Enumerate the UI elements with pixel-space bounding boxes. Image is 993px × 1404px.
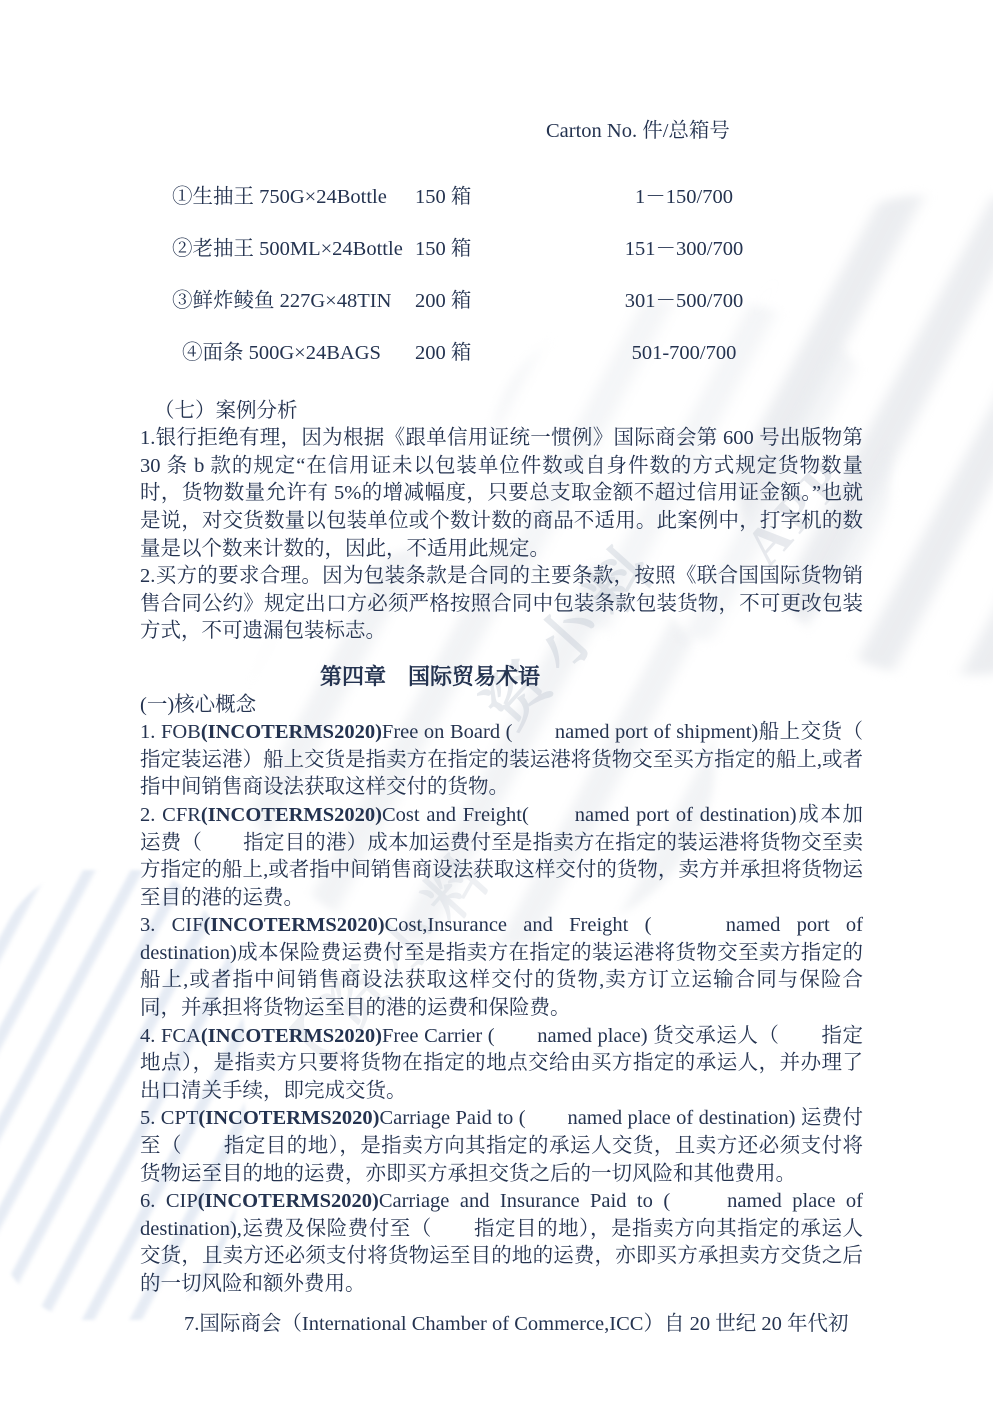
case-analysis-paragraph-1: 1.银行拒绝有理，因为根据《跟单信用证统一惯例》国际商会第 600 号出版物第 …	[140, 425, 863, 563]
item-cell: ②老抽王 500ML×24Bottle	[172, 236, 415, 264]
case-analysis-heading: （七）案例分析	[154, 398, 863, 426]
icc-line: 7.国际商会（International Chamber of Commerce…	[140, 1311, 863, 1339]
core-concepts-heading: (一)核心概念	[140, 692, 863, 720]
document-page: 资小料 【资小料 APP Carton No. 件/总箱号 ①生抽王 750G×…	[0, 0, 993, 1404]
term-cfr: 2. CFR(INCOTERMS2020)Cost and Freight( n…	[140, 802, 863, 912]
term-incoterms-bold: (INCOTERMS2020)	[201, 1025, 382, 1047]
table-row: ③鲜炸鲮鱼 227G×48TIN 200 箱 301－500/700	[172, 276, 863, 328]
quantity-cell: 200 箱	[415, 288, 565, 316]
term-cif: 3. CIF(INCOTERMS2020)Cost,Insurance and …	[140, 912, 863, 1022]
term-lead: 1. FOB	[140, 721, 201, 743]
quantity-cell: 200 箱	[415, 340, 565, 368]
term-lead: 4. FCA	[140, 1025, 201, 1047]
quantity-cell: 150 箱	[415, 184, 565, 212]
carton-range-cell: 301－500/700	[565, 288, 863, 316]
carton-range-cell: 1－150/700	[565, 184, 863, 212]
term-cpt: 5. CPT(INCOTERMS2020)Carriage Paid to ( …	[140, 1105, 863, 1188]
case-analysis-paragraph-2: 2.买方的要求合理。因为包装条款是合同的主要条款，按照《联合国国际货物销售合同公…	[140, 563, 863, 646]
item-cell: ③鲜炸鲮鱼 227G×48TIN	[172, 288, 415, 316]
table-row: ④面条 500G×24BAGS 200 箱 501-700/700	[172, 328, 863, 380]
table-row: ②老抽王 500ML×24Bottle 150 箱 151－300/700	[172, 224, 863, 276]
page-content: Carton No. 件/总箱号 ①生抽王 750G×24Bottle 150 …	[140, 118, 863, 1338]
term-incoterms-bold: (INCOTERMS2020)	[201, 721, 382, 743]
quantity-cell: 150 箱	[415, 236, 565, 264]
packing-table: ①生抽王 750G×24Bottle 150 箱 1－150/700 ②老抽王 …	[140, 172, 863, 380]
term-incoterms-bold: (INCOTERMS2020)	[201, 804, 382, 826]
chapter-title: 第四章 国际贸易术语	[140, 663, 720, 691]
term-lead: 6. CIP	[140, 1190, 198, 1212]
term-lead: 2. CFR	[140, 804, 201, 826]
term-lead: 5. CPT	[140, 1107, 198, 1129]
carton-range-cell: 501-700/700	[565, 340, 863, 368]
term-incoterms-bold: (INCOTERMS2020)	[204, 914, 385, 936]
item-cell: ④面条 500G×24BAGS	[172, 340, 415, 368]
term-incoterms-bold: (INCOTERMS2020)	[198, 1107, 379, 1129]
term-incoterms-bold: (INCOTERMS2020)	[198, 1190, 379, 1212]
term-lead: 3. CIF	[140, 914, 204, 936]
carton-no-header: Carton No. 件/总箱号	[546, 118, 863, 146]
carton-range-cell: 151－300/700	[565, 236, 863, 264]
term-cip: 6. CIP(INCOTERMS2020)Carriage and Insura…	[140, 1188, 863, 1298]
term-fob: 1. FOB(INCOTERMS2020)Free on Board ( nam…	[140, 719, 863, 802]
table-row: ①生抽王 750G×24Bottle 150 箱 1－150/700	[172, 172, 863, 224]
item-cell: ①生抽王 750G×24Bottle	[172, 184, 415, 212]
term-fca: 4. FCA(INCOTERMS2020)Free Carrier ( name…	[140, 1023, 863, 1106]
